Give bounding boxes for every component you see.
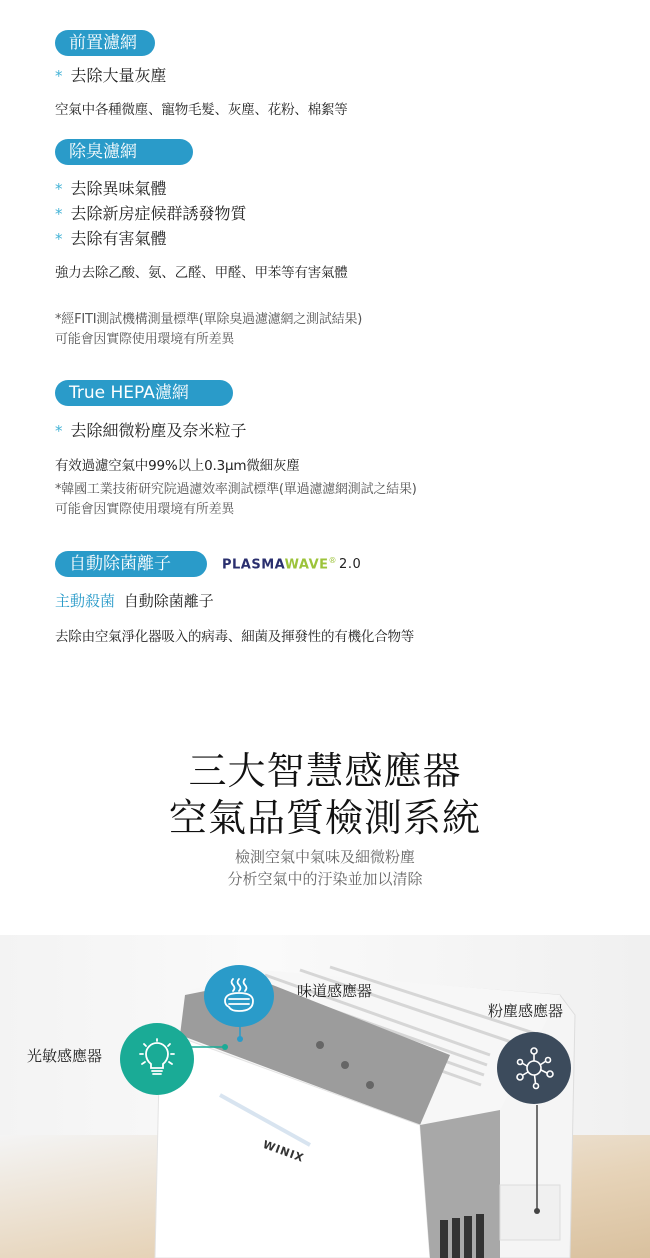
bullet-text: 去除有害氣體 (71, 229, 167, 248)
hero-subtitle-line1: 檢測空氣中氣味及細微粉塵 (0, 846, 650, 867)
section-description: 去除由空氣淨化器吸入的病毒、細菌及揮發性的有機化合物等 (55, 625, 414, 645)
footnote-line: 可能會因實際使用環境有所差異 (55, 500, 417, 520)
subtitle-text: 自動除菌離子 (124, 592, 214, 610)
section-description: 空氣中各種微塵、寵物毛髮、灰塵、花粉、棉絮等 (55, 98, 348, 118)
bullet-text: 去除細微粉塵及奈米粒子 (71, 421, 247, 440)
dust-sensor-badge (497, 1032, 571, 1104)
hero-title-line2: 空氣品質檢測系統 (0, 787, 650, 842)
bullet-item: *去除細微粉塵及奈米粒子 (55, 418, 247, 441)
bullet-text: 去除大量灰塵 (71, 66, 167, 85)
steak-steam-icon (219, 977, 259, 1015)
asterisk-icon: * (55, 67, 63, 85)
plasmawave-logo: PLASMAWAVE®2.0 (222, 556, 361, 572)
asterisk-icon: * (55, 205, 63, 223)
bullet-text: 去除異味氣體 (71, 179, 167, 198)
section-pill-deodorize-filter: 除臭濾網 (55, 139, 193, 165)
bullet-item: *去除新房症候群誘發物質 (55, 201, 247, 224)
asterisk-icon: * (55, 180, 63, 198)
light-sensor-badge (120, 1023, 194, 1095)
section-description: 強力去除乙酸、氨、乙醛、甲醛、甲苯等有害氣體 (55, 261, 348, 281)
smell-sensor-label: 味道感應器 (297, 980, 372, 1001)
hero-subtitle-line2: 分析空氣中的汙染並加以清除 (0, 868, 650, 889)
asterisk-icon: * (55, 230, 63, 248)
smell-sensor-badge (204, 965, 274, 1027)
footnote: *韓國工業技術研究院過濾效率測試標準(單過濾濾網測試之結果) 可能會因實際使用環… (55, 480, 417, 520)
section-pill-hepa-filter: True HEPA濾網 (55, 380, 233, 406)
plasma-text: PLASMA (222, 557, 285, 572)
section-pill-ion: 自動除菌離子 (55, 551, 207, 577)
section-description: 有效過濾空氣中99%以上0.3μm微細灰塵 (55, 454, 300, 474)
highlight-text: 主動殺菌 (55, 592, 115, 610)
version-text: 2.0 (339, 557, 361, 572)
light-sensor-label: 光敏感應器 (27, 1045, 102, 1066)
dust-sensor-label: 粉塵感應器 (488, 1000, 563, 1021)
lightbulb-icon (136, 1038, 178, 1080)
registered-mark: ® (329, 556, 338, 565)
wave-text: WAVE (285, 557, 329, 572)
product-photo: WINIX 味道感應器 (0, 935, 650, 1258)
footnote-line: 可能會因實際使用環境有所差異 (55, 330, 362, 350)
section-pill-pre-filter: 前置濾網 (55, 30, 155, 56)
bullet-item: *去除大量灰塵 (55, 63, 167, 86)
asterisk-icon: * (55, 422, 63, 440)
footnote-line: *經FITI測試機構測量標準(單除臭過濾濾網之測試結果) (55, 310, 362, 330)
footnote-line: *韓國工業技術研究院過濾效率測試標準(單過濾濾網測試之結果) (55, 480, 417, 500)
bullet-text: 去除新房症候群誘發物質 (71, 204, 247, 223)
bullet-item: *去除異味氣體 (55, 176, 167, 199)
footnote: *經FITI測試機構測量標準(單除臭過濾濾網之測試結果) 可能會因實際使用環境有… (55, 310, 362, 350)
bullet-item: *去除有害氣體 (55, 226, 167, 249)
ion-subtitle: 主動殺菌 自動除菌離子 (55, 590, 214, 611)
particle-network-icon (512, 1046, 556, 1090)
